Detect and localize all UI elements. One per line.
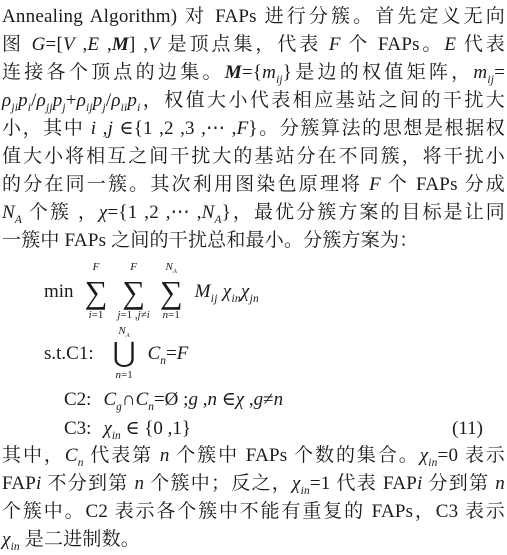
constraint-c1: s.t.C1: NA ⋃ n=1 Cn=F: [2, 325, 505, 383]
sum-upper-limit: F: [93, 261, 100, 275]
text-line: FAPi 不分到第 n 个簇中；反之，χin=1 代表 FAPi 分到第 n: [2, 470, 505, 498]
text-line: χin 是二进制数。: [2, 526, 505, 554]
sum-lower-limit: n=1: [163, 309, 180, 323]
text-line: 图 G=[V ,E ,M] ,V 是顶点集，代表 F 个 FAPs。E 代表: [2, 31, 505, 59]
constraint-c3: C3: χin ∈ {0 ,1} (11): [2, 418, 505, 439]
sigma-icon: ∑: [85, 275, 108, 309]
text-line: 小，其中 i ,j ∈{1 ,2 ,3 ,⋯ ,F}。分簇算法的思想是根据权: [2, 115, 505, 143]
union-icon: ⋃: [113, 339, 136, 369]
text-line: 其中，Cn 代表第 n 个簇中 FAPs 个数的集合。χin=0 表示: [2, 442, 505, 470]
paragraph-notation-explanation: 其中，Cn 代表第 n 个簇中 FAPs 个数的集合。χin=0 表示 FAPi…: [2, 442, 505, 554]
constraint-c3-expression: χin ∈ {0 ,1}: [103, 417, 191, 440]
sum-operator: F ∑ j=1 ,j≠i: [117, 261, 149, 323]
min-operator-label: min: [44, 281, 74, 303]
document-page: Annealing Algorithm) 对 FAPs 进行分簇。首先定义无向 …: [0, 0, 507, 555]
paragraph-clustering-intro: Annealing Algorithm) 对 FAPs 进行分簇。首先定义无向 …: [2, 3, 505, 255]
text-line: Annealing Algorithm) 对 FAPs 进行分簇。首先定义无向: [2, 3, 505, 31]
text-line: 的分在同一簇。其次利用图染色原理将 F 个 FAPs 分成: [2, 171, 505, 199]
text-line: 连接各个顶点的边集。M={mij}是边的权值矩阵，mij=: [2, 59, 505, 87]
equation-number: (11): [452, 418, 505, 440]
objective-function: min F ∑ i=1 F ∑ j=1 ,j≠i NA ∑ n=1 Mij χi…: [2, 259, 505, 325]
constraint-c2: C2: Cg∩Cn=Ø ;g ,n ∈χ ,g≠n: [2, 389, 505, 410]
constraint-c1-expression: Cn=F: [148, 343, 189, 365]
sum-upper-limit: F: [130, 261, 137, 275]
constraint-c2-expression: Cg∩Cn=Ø ;g ,n ∈χ ,g≠n: [103, 388, 283, 411]
sum-upper-limit: NA: [166, 261, 177, 275]
subject-to-label: s.t.C1:: [44, 343, 94, 365]
union-lower-limit: n=1: [116, 369, 133, 383]
text-line: 一簇中 FAPs 之间的干扰总和最小。分簇方案为：: [2, 227, 505, 255]
sum-lower-limit: j=1 ,j≠i: [117, 309, 149, 323]
constraint-c3-label: C3:: [64, 418, 91, 440]
sum-lower-limit: i=1: [89, 309, 104, 323]
text-line: ρjipi/ρjjpj+ρijpj/ρiipi，权值大小代表相应基站之间的干扰大: [2, 87, 505, 115]
objective-summand: Mij χinχjn: [195, 281, 259, 303]
union-operator: NA ⋃ n=1: [113, 325, 136, 383]
text-line: NA 个簇 ，χ={1 ,2 ,⋯ ,NA}，最优分簇方案的目标是让同: [2, 199, 505, 227]
constraint-c2-label: C2:: [64, 389, 91, 411]
text-line: 个簇中。C2 表示各个簇中不能有重复的 FAPs，C3 表示: [2, 498, 505, 526]
sum-operator: NA ∑ n=1: [160, 261, 183, 323]
sum-operator: F ∑ i=1: [85, 261, 108, 323]
sigma-icon: ∑: [160, 275, 183, 309]
text-line: 值大小将相互之间干扰大的基站分在不同簇，将干扰小: [2, 143, 505, 171]
sigma-icon: ∑: [122, 275, 145, 309]
union-upper-limit: NA: [118, 325, 129, 339]
equation-block-11: min F ∑ i=1 F ∑ j=1 ,j≠i NA ∑ n=1 Mij χi…: [2, 259, 505, 439]
